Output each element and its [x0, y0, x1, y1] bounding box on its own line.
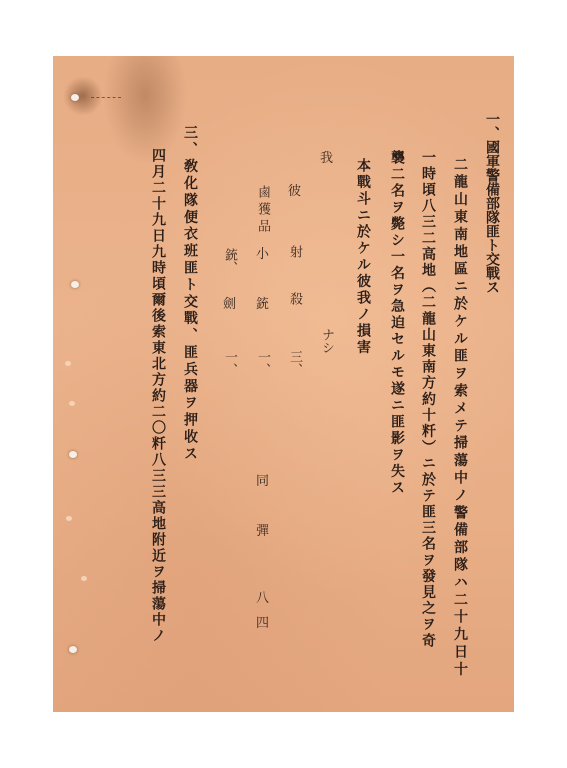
punch-hole: [69, 451, 77, 458]
loss-heading: 本戰斗ニ於ケル彼我ノ損害: [356, 158, 370, 356]
punch-hole: [71, 94, 79, 101]
captured-item-1-name-b: 銃: [256, 298, 269, 311]
captured-item-2-count: 一、: [223, 350, 236, 376]
section1-line3: 襲二名ヲ斃シ一名ヲ急迫セルモ遂ニ匪影ヲ失ス: [390, 150, 404, 497]
paper-speck: [66, 516, 72, 521]
captured-item-1-name-a: 小: [256, 248, 269, 261]
captured-label: 鹵獲品: [256, 185, 269, 236]
ours-label: 我: [320, 152, 333, 165]
section1-line1: 二龍山東南地區ニ於ケル匪ヲ索メテ掃蕩中ノ警備部隊ハ二十九日十: [453, 157, 467, 679]
captured-item-1-count: 一、: [256, 350, 269, 376]
theirs-label: 彼: [288, 185, 301, 198]
theirs-item: 射殺: [288, 245, 301, 339]
section1-line2: 一時頃八三二高地（二龍山東南方約十粁）ニ於テ匪三名ヲ發見之ヲ奇: [421, 150, 435, 649]
theirs-count: 三、: [288, 350, 301, 376]
punch-hole: [69, 646, 77, 653]
section3-line1: 四月二十九日九時頃爾後索東北方約二〇粁八三三高地附近ヲ掃蕩中ノ: [151, 148, 165, 644]
captured-item-1-extra-a: 同: [256, 475, 269, 488]
section3-heading: 三、敎化隊便衣班匪ト交戰、匪兵器ヲ押收ス: [183, 125, 197, 463]
captured-item-1-extra-b: 彈: [256, 525, 269, 538]
paper-speck: [69, 401, 75, 406]
captured-item-1-extra-count-b: 四: [256, 617, 269, 630]
scanned-document-page: [53, 56, 514, 712]
captured-item-1-extra-count-a: 八: [256, 592, 269, 605]
ours-value: ナシ: [320, 328, 333, 354]
section1-heading: 一、國軍警備部隊匪ト交戰ス: [485, 112, 499, 294]
paper-speck: [81, 576, 87, 581]
punch-hole: [71, 281, 79, 288]
paper-speck: [65, 361, 71, 366]
pencil-mark: [91, 97, 121, 98]
captured-item-2-name-b: 劍: [223, 298, 236, 311]
stain-smudge: [63, 76, 103, 116]
captured-item-2-name-a: 銃、: [223, 248, 236, 274]
